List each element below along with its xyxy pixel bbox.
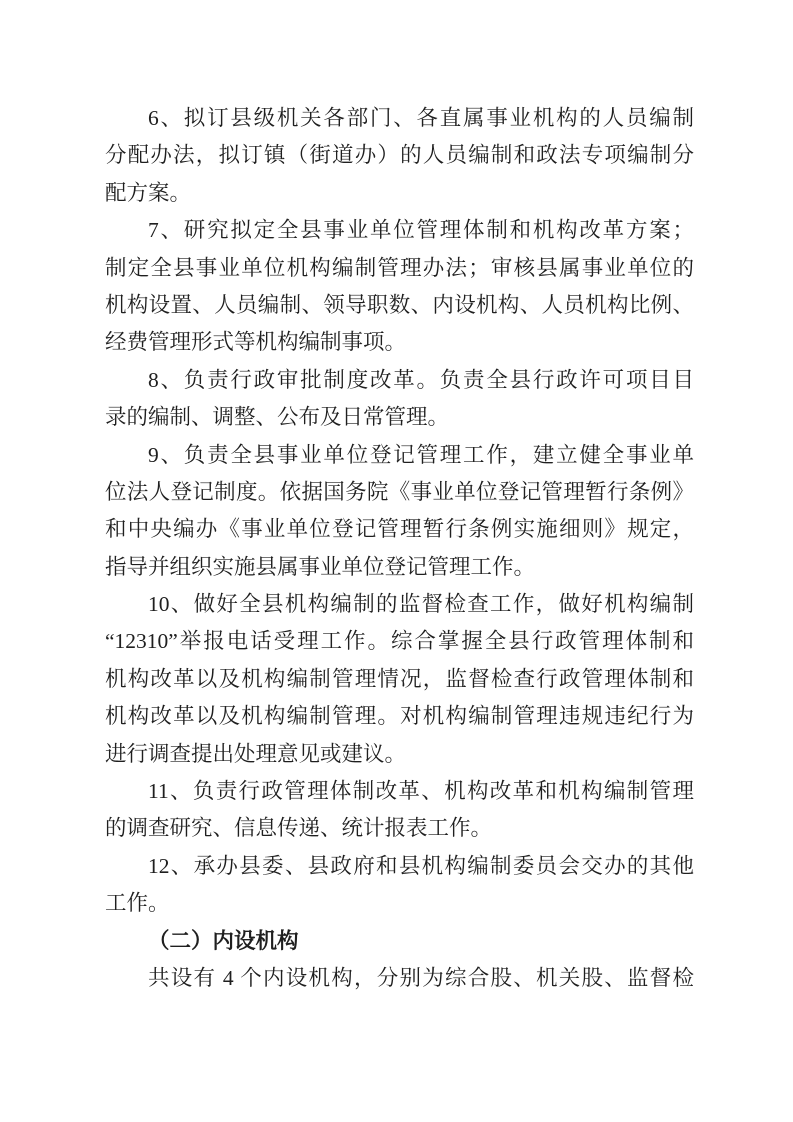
text-line: 8、负责行政审批制度改革。负责全县行政许可项目目	[105, 362, 694, 399]
text-line: 机构改革以及机构编制管理。对机构编制管理违规违纪行为	[105, 698, 694, 735]
text-line: 工作。	[105, 885, 694, 922]
text-line: 机构设置、人员编制、领导职数、内设机构、人员机构比例、	[105, 287, 694, 324]
document-page: 6、拟订县级机关各部门、各直属事业机构的人员编制分配办法，拟订镇（街道办）的人员…	[0, 0, 793, 1122]
text-line: 配方案。	[105, 175, 694, 212]
text-line: 11、负责行政管理体制改革、机构改革和机构编制管理	[105, 773, 694, 810]
text-line: 共设有 4 个内设机构，分别为综合股、机关股、监督检	[105, 960, 694, 997]
paragraph-item-6: 6、拟订县级机关各部门、各直属事业机构的人员编制分配办法，拟订镇（街道办）的人员…	[105, 100, 694, 212]
text-line: 进行调查提出处理意见或建议。	[105, 736, 694, 773]
text-line: 指导并组织实施县属事业单位登记管理工作。	[105, 549, 694, 586]
text-line: “12310”举报电话受理工作。综合掌握全县行政管理体制和	[105, 623, 694, 660]
text-line: 分配办法，拟订镇（街道办）的人员编制和政法专项编制分	[105, 137, 694, 174]
paragraph-item-11: 11、负责行政管理体制改革、机构改革和机构编制管理的调查研究、信息传递、统计报表…	[105, 773, 694, 848]
text-line: 录的编制、调整、公布及日常管理。	[105, 399, 694, 436]
paragraph-intro-internal-orgs: 共设有 4 个内设机构，分别为综合股、机关股、监督检	[105, 960, 694, 997]
paragraph-item-9: 9、负责全县事业单位登记管理工作，建立健全事业单位法人登记制度。依据国务院《事业…	[105, 437, 694, 587]
text-line: 的调查研究、信息传递、统计报表工作。	[105, 810, 694, 847]
text-line: 9、负责全县事业单位登记管理工作，建立健全事业单	[105, 437, 694, 474]
paragraph-item-12: 12、承办县委、县政府和县机构编制委员会交办的其他工作。	[105, 848, 694, 923]
text-line: 和中央编办《事业单位登记管理暂行条例实施细则》规定，	[105, 511, 694, 548]
text-line: 制定全县事业单位机构编制管理办法；审核县属事业单位的	[105, 250, 694, 287]
text-line: 6、拟订县级机关各部门、各直属事业机构的人员编制	[105, 100, 694, 137]
text-line: （二）内设机构	[105, 923, 694, 960]
paragraph-item-7: 7、研究拟定全县事业单位管理体制和机构改革方案；制定全县事业单位机构编制管理办法…	[105, 212, 694, 362]
document-content: 6、拟订县级机关各部门、各直属事业机构的人员编制分配办法，拟订镇（街道办）的人员…	[105, 100, 694, 997]
text-line: 7、研究拟定全县事业单位管理体制和机构改革方案；	[105, 212, 694, 249]
text-line: 经费管理形式等机构编制事项。	[105, 324, 694, 361]
text-line: 12、承办县委、县政府和县机构编制委员会交办的其他	[105, 848, 694, 885]
text-line: 10、做好全县机构编制的监督检查工作，做好机构编制	[105, 586, 694, 623]
text-line: 位法人登记制度。依据国务院《事业单位登记管理暂行条例》	[105, 474, 694, 511]
paragraph-item-10: 10、做好全县机构编制的监督检查工作，做好机构编制“12310”举报电话受理工作…	[105, 586, 694, 773]
paragraph-item-8: 8、负责行政审批制度改革。负责全县行政许可项目目录的编制、调整、公布及日常管理。	[105, 362, 694, 437]
paragraph-section-heading-internal-orgs: （二）内设机构	[105, 923, 694, 960]
text-line: 机构改革以及机构编制管理情况，监督检查行政管理体制和	[105, 661, 694, 698]
